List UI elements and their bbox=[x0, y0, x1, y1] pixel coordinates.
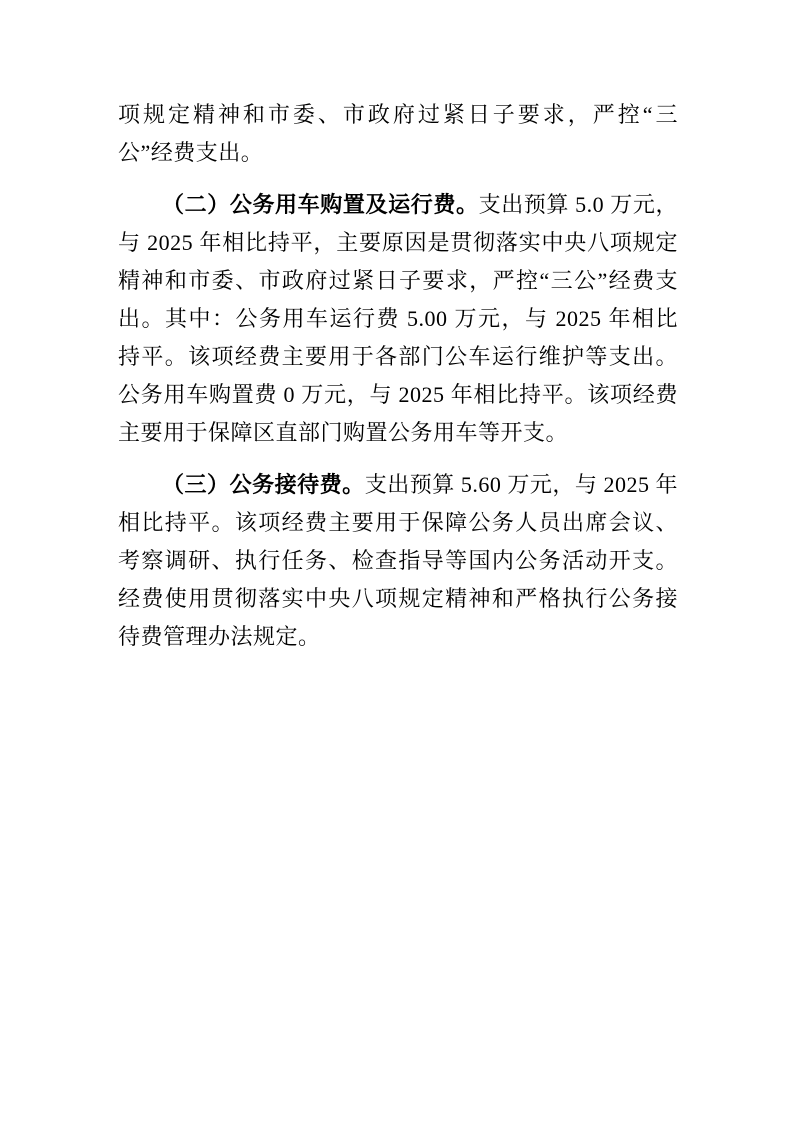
document-page: 项规定精神和市委、市政府过紧日子要求，严控“三公”经费支出。 （二）公务用车购置… bbox=[0, 0, 793, 1122]
paragraph-continuation: 项规定精神和市委、市政府过紧日子要求，严控“三公”经费支出。 bbox=[118, 96, 678, 172]
paragraph-reception-fees: （三）公务接待费。支出预算 5.60 万元，与 2025 年相比持平。该项经费主… bbox=[118, 466, 678, 656]
paragraph-text: 支出预算 5.60 万元，与 2025 年相比持平。该项经费主要用于保障公务人员… bbox=[118, 472, 678, 649]
paragraph-text: 项规定精神和市委、市政府过紧日子要求，严控“三公”经费支出。 bbox=[118, 102, 678, 165]
paragraph-heading: （二）公务用车购置及运行费。 bbox=[162, 192, 479, 217]
paragraph-heading: （三）公务接待费。 bbox=[162, 472, 365, 497]
paragraph-text: 支出预算 5.0 万元，与 2025 年相比持平，主要原因是贯彻落实中央八项规定… bbox=[118, 192, 678, 445]
paragraph-vehicle-fees: （二）公务用车购置及运行费。支出预算 5.0 万元，与 2025 年相比持平，主… bbox=[118, 186, 678, 452]
document-content: 项规定精神和市委、市政府过紧日子要求，严控“三公”经费支出。 （二）公务用车购置… bbox=[118, 96, 678, 670]
